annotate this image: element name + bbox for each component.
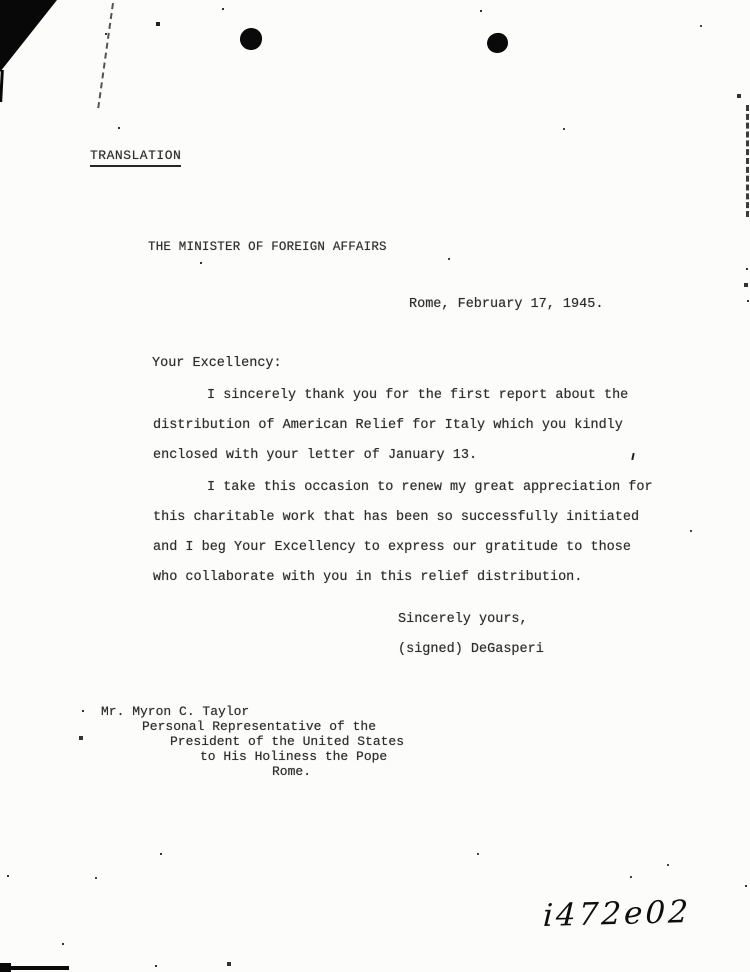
scratch-line-artifact	[97, 3, 114, 108]
hole-punch-left	[239, 27, 264, 52]
salutation: Your Excellency:	[152, 357, 282, 371]
closing-line: Sincerely yours,	[398, 613, 528, 627]
stray-tick-mark	[631, 453, 634, 460]
body-line: who collaborate with you in this relief …	[153, 571, 582, 585]
scan-corner-artifact	[0, 0, 57, 72]
body-line: distribution of American Relief for Ital…	[153, 419, 623, 433]
scanned-letter-page: TRANSLATION THE MINISTER OF FOREIGN AFFA…	[0, 0, 750, 972]
recipient-line: to His Holiness the Pope	[200, 750, 387, 764]
recipient-line: President of the United States	[170, 735, 404, 749]
scan-corner-sliver	[0, 70, 4, 102]
bottom-edge-artifact	[9, 966, 69, 970]
scan-noise-specks	[0, 0, 2, 2]
right-edge-scan-marks	[746, 105, 749, 217]
hole-punch-right	[486, 32, 509, 54]
dateline: Rome, February 17, 1945.	[409, 298, 603, 312]
body-line: this charitable work that has been so su…	[153, 511, 639, 525]
recipient-line: Rome.	[272, 765, 311, 779]
body-line: and I beg Your Excellency to express our…	[153, 541, 631, 555]
body-line: enclosed with your letter of January 13.	[153, 449, 477, 463]
body-line: I sincerely thank you for the first repo…	[207, 389, 628, 403]
recipient-line: Mr. Myron C. Taylor	[101, 705, 249, 719]
translation-label: TRANSLATION	[90, 149, 181, 167]
letterhead: THE MINISTER OF FOREIGN AFFAIRS	[148, 240, 387, 254]
signature-line: (signed) DeGasperi	[398, 643, 544, 657]
body-line: I take this occasion to renew my great a…	[207, 481, 653, 495]
handwritten-archive-id: i472e02	[542, 894, 691, 934]
recipient-line: Personal Representative of the	[142, 720, 376, 734]
